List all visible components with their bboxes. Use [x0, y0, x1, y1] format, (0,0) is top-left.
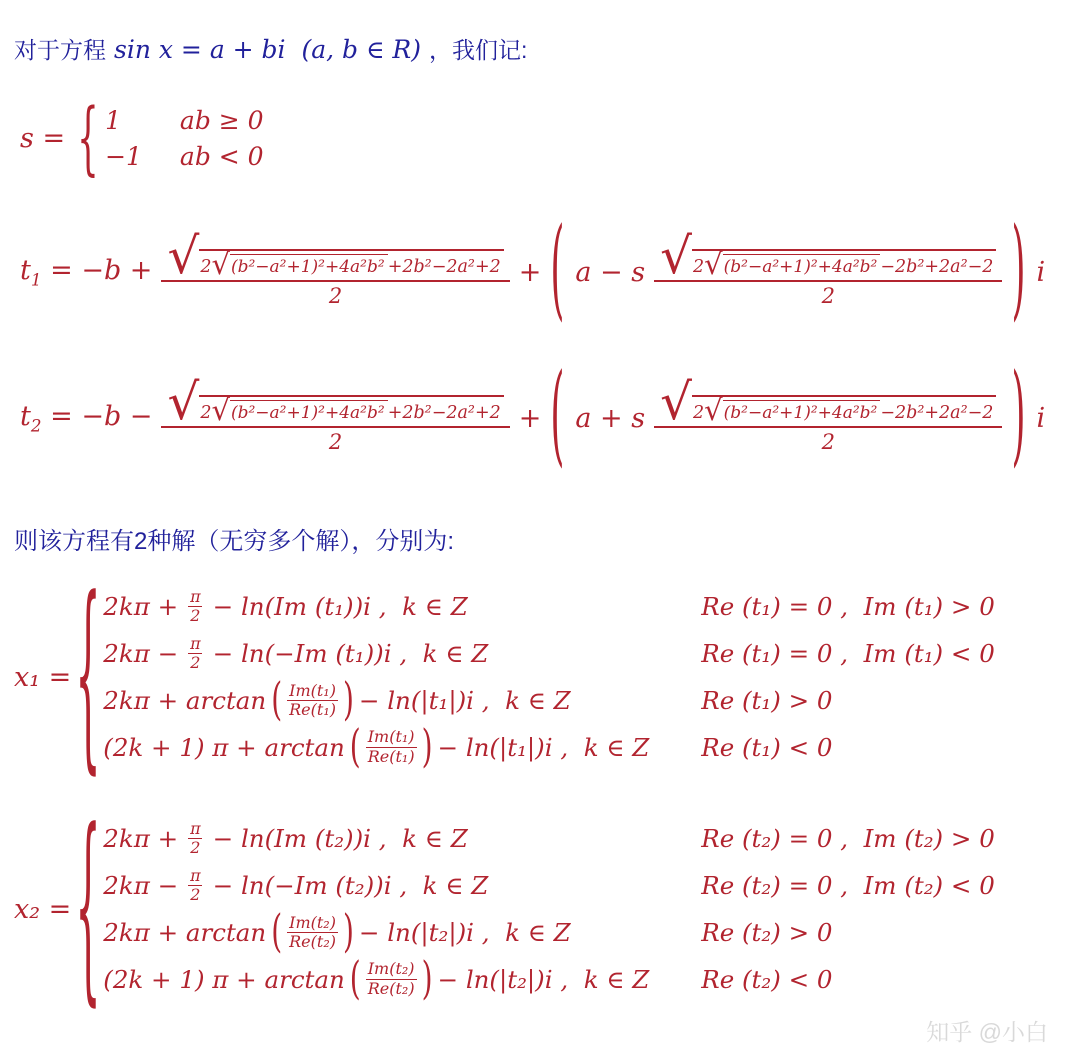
- zhihu-watermark: 知乎 @小白: [926, 1014, 1048, 1047]
- inner-radicand: (b²−a²+1)²+4a²b²: [230, 254, 388, 277]
- intro-line: 对于方程 sin x = a + bi (a, b ∈ R) ，我们记:: [14, 32, 527, 65]
- s-case-condition: ab ≥ 0: [180, 106, 264, 135]
- outer-radical: √ 2√(b²−a²+1)²+4a²b²−2b²+2a²−2: [660, 236, 996, 277]
- right-paren: ): [422, 957, 433, 1002]
- piecewise-row: 2kπ + π2 − ln(Im (t₁))i , k ∈ Z Re (t₁) …: [103, 588, 995, 626]
- case-expression: (2k + 1) π + arctan ( Im(t₁)Re(t₁) ) − l…: [103, 728, 701, 766]
- fraction-denominator: Re(t₂): [287, 932, 338, 951]
- expr-suffix: − ln(−Im (t₂))i , k ∈ Z: [213, 871, 489, 900]
- fraction-numerator: Im(t₁): [287, 682, 338, 700]
- small-fraction: π2: [188, 867, 203, 905]
- inner-radicand: (b²−a²+1)²+4a²b²: [230, 400, 388, 423]
- case-expression: 2kπ − π2 − ln(−Im (t₂))i , k ∈ Z: [103, 867, 701, 905]
- small-fraction: Im(t₁)Re(t₁): [287, 682, 338, 720]
- expr-suffix: − ln(|t₁|)i , k ∈ Z: [359, 686, 571, 715]
- t2-imag-denominator: 2: [654, 426, 1002, 454]
- expr-suffix: − ln(|t₂|)i , k ∈ Z: [359, 918, 571, 947]
- case-condition: Re (t₂) < 0: [701, 965, 832, 994]
- t1-equation: t1 = −b + √ 2√(b²−a²+1)²+4a²b²+2b²−2a²+2…: [20, 206, 1045, 338]
- math-note-page: 对于方程 sin x = a + bi (a, b ∈ R) ，我们记: s =…: [0, 0, 1086, 1061]
- expr-prefix: (2k + 1) π + arctan: [103, 733, 345, 762]
- intro-chinese-suffix: ，我们记:: [429, 32, 527, 65]
- x1-cases: 2kπ + π2 − ln(Im (t₁))i , k ∈ Z Re (t₁) …: [103, 588, 995, 766]
- fraction-numerator: Im(t₂): [366, 960, 417, 978]
- small-fraction: π2: [188, 820, 203, 858]
- fraction-numerator: Im(t₁): [366, 728, 417, 746]
- case-expression: 2kπ + arctan ( Im(t₁)Re(t₁) ) − ln(|t₁|)…: [103, 682, 701, 720]
- case-expression: (2k + 1) π + arctan ( Im(t₂)Re(t₂) ) − l…: [103, 960, 701, 998]
- case-expression: 2kπ + π2 − ln(Im (t₁))i , k ∈ Z: [103, 588, 701, 626]
- left-paren: (: [550, 217, 566, 327]
- s-case-condition: ab < 0: [180, 142, 264, 171]
- fraction-numerator: π: [188, 867, 203, 885]
- inner-radical: √(b²−a²+1)²+4a²b²: [704, 399, 880, 423]
- case-condition: Re (t₂) > 0: [701, 918, 832, 947]
- fraction-denominator: 2: [188, 653, 202, 672]
- radicand-prefix: 2: [200, 403, 211, 423]
- radicand: 2√(b²−a²+1)²+4a²b²−2b²+2a²−2: [692, 395, 996, 423]
- t2-imag-prefix: a + s: [575, 403, 645, 434]
- x2-lhs: x₂ =: [14, 894, 71, 925]
- outer-radical: √ 2√(b²−a²+1)²+4a²b²+2b²−2a²+2: [167, 236, 503, 277]
- fraction-denominator: 2: [188, 838, 202, 857]
- piecewise-row: (2k + 1) π + arctan ( Im(t₁)Re(t₁) ) − l…: [103, 728, 995, 766]
- t1-equals: = −b +: [50, 255, 152, 286]
- imaginary-unit: i: [1036, 257, 1045, 288]
- right-paren: ): [1011, 363, 1027, 473]
- x2-piecewise: x₂ = { 2kπ + π2 − ln(Im (t₂))i , k ∈ Z R…: [14, 820, 995, 998]
- radicand-prefix: 2: [693, 403, 704, 423]
- small-fraction: π2: [188, 635, 203, 673]
- radicand-suffix: −2b²+2a²−2: [880, 403, 993, 423]
- right-paren: ): [343, 678, 354, 723]
- radicand-suffix: −2b²+2a²−2: [880, 257, 993, 277]
- left-brace: {: [75, 807, 99, 1011]
- radicand-suffix: +2b²−2a²+2: [388, 257, 501, 277]
- right-paren: ): [343, 910, 354, 955]
- radical-sign: √: [704, 253, 722, 277]
- x1-lhs: x₁ =: [14, 662, 71, 693]
- t1-imag-denominator: 2: [654, 280, 1002, 308]
- case-expression: 2kπ − π2 − ln(−Im (t₁))i , k ∈ Z: [103, 635, 701, 673]
- x2-cases: 2kπ + π2 − ln(Im (t₂))i , k ∈ Z Re (t₂) …: [103, 820, 995, 998]
- radical-sign: √: [660, 236, 692, 277]
- radical-sign: √: [211, 253, 229, 277]
- left-paren: (: [271, 910, 282, 955]
- imaginary-unit: i: [1036, 403, 1045, 434]
- expr-suffix: − ln(|t₂|)i , k ∈ Z: [438, 965, 650, 994]
- radical-sign: √: [660, 382, 692, 423]
- t2-imag-fraction: √ 2√(b²−a²+1)²+4a²b²−2b²+2a²−2 2: [654, 382, 1002, 454]
- radicand-prefix: 2: [200, 257, 211, 277]
- radicand: 2√(b²−a²+1)²+4a²b²+2b²−2a²+2: [199, 249, 503, 277]
- solutions-intro: 则该方程有2种解（无穷多个解），分别为:: [14, 521, 454, 556]
- small-fraction: Im(t₂)Re(t₂): [287, 914, 338, 952]
- fraction-denominator: Re(t₁): [287, 700, 338, 719]
- small-fraction: π2: [188, 588, 203, 626]
- case-condition: Re (t₁) > 0: [701, 686, 832, 715]
- fraction-denominator: 2: [188, 606, 202, 625]
- t1-var: t: [20, 255, 31, 286]
- piecewise-row: 2kπ − π2 − ln(−Im (t₂))i , k ∈ Z Re (t₂)…: [103, 867, 995, 905]
- fraction-denominator: Re(t₁): [366, 747, 417, 766]
- inner-radical: √(b²−a²+1)²+4a²b²: [211, 253, 387, 277]
- left-brace: {: [77, 99, 93, 179]
- t2-real-fraction: √ 2√(b²−a²+1)²+4a²b²+2b²−2a²+2 2: [161, 382, 509, 454]
- fraction-numerator: π: [188, 635, 203, 653]
- fraction-numerator: π: [188, 820, 203, 838]
- small-fraction: Im(t₁)Re(t₁): [366, 728, 417, 766]
- radicand: 2√(b²−a²+1)²+4a²b²+2b²−2a²+2: [199, 395, 503, 423]
- small-fraction: Im(t₂)Re(t₂): [366, 960, 417, 998]
- fraction-numerator: Im(t₂): [287, 914, 338, 932]
- case-expression: 2kπ + arctan ( Im(t₂)Re(t₂) ) − ln(|t₂|)…: [103, 914, 701, 952]
- radical-sign: √: [167, 382, 199, 423]
- s-definition: s = { 1 ab ≥ 0 −1 ab < 0: [20, 106, 264, 171]
- case-expression: 2kπ + π2 − ln(Im (t₂))i , k ∈ Z: [103, 820, 701, 858]
- t2-equation: t2 = −b − √ 2√(b²−a²+1)²+4a²b²+2b²−2a²+2…: [20, 352, 1045, 484]
- t2-lhs: t2 = −b −: [20, 401, 152, 435]
- radicand-suffix: +2b²−2a²+2: [388, 403, 501, 423]
- t2-real-numerator: √ 2√(b²−a²+1)²+4a²b²+2b²−2a²+2: [161, 382, 509, 426]
- inner-radicand: (b²−a²+1)²+4a²b²: [723, 400, 881, 423]
- t1-real-fraction: √ 2√(b²−a²+1)²+4a²b²+2b²−2a²+2 2: [161, 236, 509, 308]
- radicand-prefix: 2: [693, 257, 704, 277]
- piecewise-row: 2kπ + arctan ( Im(t₁)Re(t₁) ) − ln(|t₁|)…: [103, 682, 995, 720]
- fraction-denominator: Re(t₂): [366, 979, 417, 998]
- t2-real-denominator: 2: [161, 426, 509, 454]
- expr-prefix: 2kπ +: [103, 592, 178, 621]
- left-paren: (: [350, 725, 361, 770]
- t1-imag-fraction: √ 2√(b²−a²+1)²+4a²b²−2b²+2a²−2 2: [654, 236, 1002, 308]
- expr-prefix: 2kπ + arctan: [103, 918, 266, 947]
- case-condition: Re (t₁) < 0: [701, 733, 832, 762]
- radical-sign: √: [704, 399, 722, 423]
- outer-radical: √ 2√(b²−a²+1)²+4a²b²−2b²+2a²−2: [660, 382, 996, 423]
- t2-equals: = −b −: [50, 401, 152, 432]
- left-paren: (: [350, 957, 361, 1002]
- left-paren: (: [550, 363, 566, 473]
- t2-subscript: 2: [31, 415, 42, 435]
- t1-imag-numerator: √ 2√(b²−a²+1)²+4a²b²−2b²+2a²−2: [654, 236, 1002, 280]
- expr-prefix: 2kπ −: [103, 871, 178, 900]
- left-paren: (: [271, 678, 282, 723]
- expr-prefix: 2kπ +: [103, 824, 178, 853]
- equation-sinx: sin x = a + bi (a, b ∈ R): [114, 35, 421, 64]
- expr-prefix: 2kπ + arctan: [103, 686, 266, 715]
- s-case-value: −1: [105, 142, 142, 171]
- piecewise-row: 2kπ − π2 − ln(−Im (t₁))i , k ∈ Z Re (t₁)…: [103, 635, 995, 673]
- left-brace: {: [75, 575, 99, 779]
- piecewise-row: 2kπ + arctan ( Im(t₂)Re(t₂) ) − ln(|t₂|)…: [103, 914, 995, 952]
- fraction-denominator: 2: [188, 885, 202, 904]
- case-condition: Re (t₂) = 0 , Im (t₂) > 0: [701, 824, 995, 853]
- inner-radicand: (b²−a²+1)²+4a²b²: [723, 254, 881, 277]
- t1-imag-prefix: a − s: [575, 257, 645, 288]
- piecewise-row: 2kπ + π2 − ln(Im (t₂))i , k ∈ Z Re (t₂) …: [103, 820, 995, 858]
- right-paren: ): [422, 725, 433, 770]
- radical-sign: √: [211, 399, 229, 423]
- s-cases: 1 ab ≥ 0 −1 ab < 0: [105, 106, 264, 171]
- t1-real-denominator: 2: [161, 280, 509, 308]
- fraction-numerator: π: [188, 588, 203, 606]
- expr-suffix: − ln(Im (t₂))i , k ∈ Z: [213, 824, 468, 853]
- case-condition: Re (t₁) = 0 , Im (t₁) > 0: [701, 592, 995, 621]
- x1-piecewise: x₁ = { 2kπ + π2 − ln(Im (t₁))i , k ∈ Z R…: [14, 588, 995, 766]
- plus-operator: +: [519, 403, 542, 434]
- t1-subscript: 1: [31, 269, 42, 289]
- expr-suffix: − ln(Im (t₁))i , k ∈ Z: [213, 592, 468, 621]
- expr-suffix: − ln(|t₁|)i , k ∈ Z: [438, 733, 650, 762]
- outer-radical: √ 2√(b²−a²+1)²+4a²b²+2b²−2a²+2: [167, 382, 503, 423]
- case-condition: Re (t₁) = 0 , Im (t₁) < 0: [701, 639, 995, 668]
- case-condition: Re (t₂) = 0 , Im (t₂) < 0: [701, 871, 995, 900]
- s-case-value: 1: [105, 106, 142, 135]
- inner-radical: √(b²−a²+1)²+4a²b²: [704, 253, 880, 277]
- inner-radical: √(b²−a²+1)²+4a²b²: [211, 399, 387, 423]
- t2-imag-numerator: √ 2√(b²−a²+1)²+4a²b²−2b²+2a²−2: [654, 382, 1002, 426]
- right-paren: ): [1011, 217, 1027, 327]
- t1-real-numerator: √ 2√(b²−a²+1)²+4a²b²+2b²−2a²+2: [161, 236, 509, 280]
- radical-sign: √: [167, 236, 199, 277]
- t1-lhs: t1 = −b +: [20, 255, 152, 289]
- expr-prefix: 2kπ −: [103, 639, 178, 668]
- radicand: 2√(b²−a²+1)²+4a²b²−2b²+2a²−2: [692, 249, 996, 277]
- t2-var: t: [20, 401, 31, 432]
- plus-operator: +: [519, 257, 542, 288]
- expr-prefix: (2k + 1) π + arctan: [103, 965, 345, 994]
- intro-chinese-prefix: 对于方程: [14, 32, 106, 65]
- s-lhs: s =: [20, 123, 65, 154]
- expr-suffix: − ln(−Im (t₁))i , k ∈ Z: [213, 639, 489, 668]
- piecewise-row: (2k + 1) π + arctan ( Im(t₂)Re(t₂) ) − l…: [103, 960, 995, 998]
